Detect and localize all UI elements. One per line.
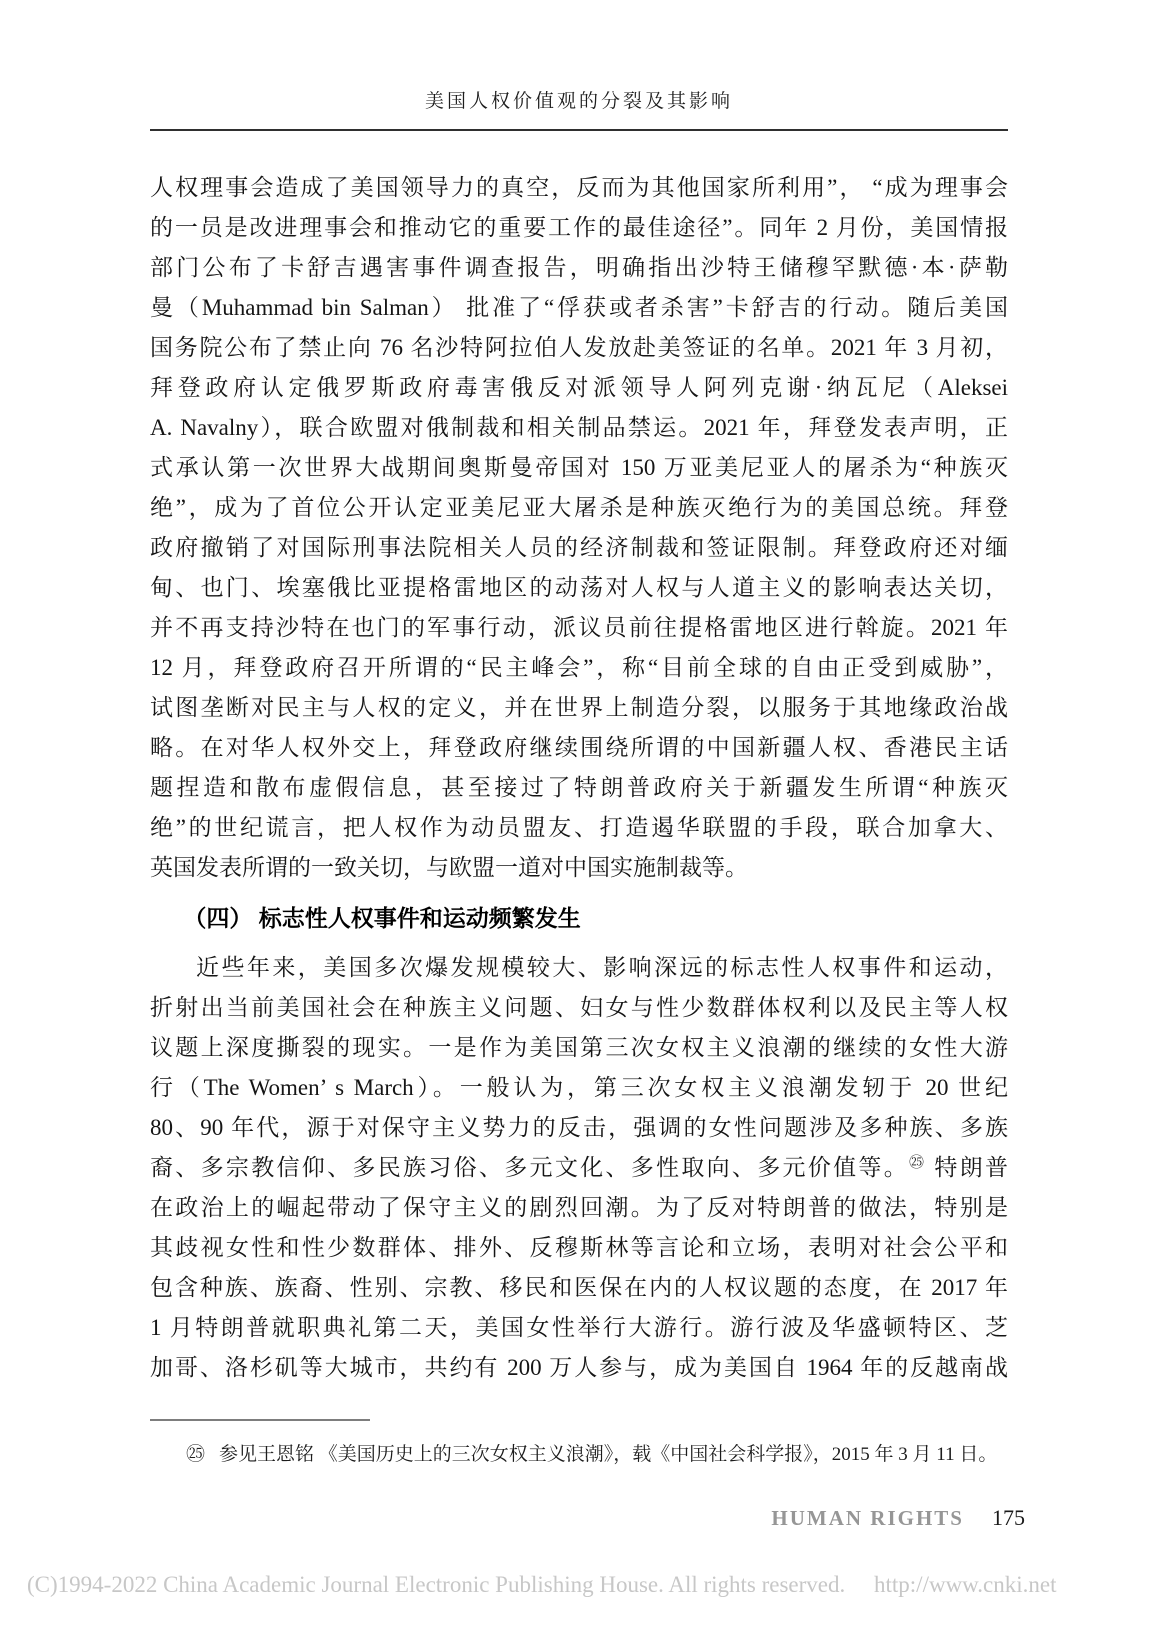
text-line: 绝”的世纪谎言，把人权作为动员盟友、打造遏华联盟的手段，联合加拿大、	[150, 808, 1008, 848]
text-line: 题捏造和散布虚假信息，甚至接过了特朗普政府关于新疆发生所谓“种族灭	[150, 768, 1008, 808]
page-number: 175	[992, 1505, 1025, 1530]
text-line: 的一员是改进理事会和推动它的重要工作的最佳途径”。同年 2 月份，美国情报	[150, 208, 1008, 248]
paragraph-2: 近些年来，美国多次爆发规模较大、影响深远的标志性人权事件和运动， 折射出当前美国…	[150, 948, 1008, 1388]
text-line: 行（The Women’ s March）。一般认为，第三次女权主义浪潮发轫于 …	[150, 1068, 1008, 1108]
header-rule	[150, 129, 1008, 131]
copyright-watermark: (C)1994-2022 China Academic Journal Elec…	[27, 1566, 1147, 1599]
page-footer: HUMAN RIGHTS175	[150, 1505, 1025, 1531]
text-line: 国务院公布了禁止向 76 名沙特阿拉伯人发放赴美签证的名单。2021 年 3 月…	[150, 328, 1008, 368]
text-line: 式承认第一次世界大战期间奥斯曼帝国对 150 万亚美尼亚人的屠杀为“种族灭	[150, 448, 1008, 488]
paragraph-1: 人权理事会造成了美国领导力的真空，反而为其他国家所利用”， “成为理事会 的一员…	[150, 168, 1008, 888]
text-line: 英国发表所谓的一致关切，与欧盟一道对中国实施制裁等。	[150, 848, 1008, 888]
article-body: 人权理事会造成了美国领导力的真空，反而为其他国家所利用”， “成为理事会 的一员…	[150, 168, 1008, 1388]
footnote-rule	[150, 1419, 370, 1421]
journal-name: HUMAN RIGHTS	[771, 1506, 964, 1530]
text-line: 部门公布了卡舒吉遇害事件调查报告，明确指出沙特王储穆罕默德·本·萨勒	[150, 248, 1008, 288]
text-line: 议题上深度撕裂的现实。一是作为美国第三次女权主义浪潮的继续的女性大游	[150, 1028, 1008, 1068]
footnote-ref-25: ㉕	[909, 1155, 926, 1171]
text-line: 其歧视女性和性少数群体、排外、反穆斯林等言论和立场，表明对社会公平和	[150, 1228, 1008, 1268]
text-line: 绝”，成为了首位公开认定亚美尼亚大屠杀是种族灭绝行为的美国总统。拜登	[150, 488, 1008, 528]
text-line: 1 月特朗普就职典礼第二天，美国女性举行大游行。游行波及华盛顿特区、芝	[150, 1308, 1008, 1348]
text-line: 曼（Muhammad bin Salman） 批准了“俘获或者杀害”卡舒吉的行动…	[150, 288, 1008, 328]
text-line: 试图垄断对民主与人权的定义，并在世界上制造分裂，以服务于其地缘政治战	[150, 688, 1008, 728]
text-line: 12 月，拜登政府召开所谓的“民主峰会”，称“目前全球的自由正受到威胁”，	[150, 648, 1008, 688]
text-line: 加哥、洛杉矶等大城市，共约有 200 万人参与，成为美国自 1964 年的反越南…	[150, 1348, 1008, 1388]
text-line: A. Navalny），联合欧盟对俄制裁和相关制品禁运。2021 年，拜登发表声…	[150, 408, 1008, 448]
running-head-title: 美国人权价值观的分裂及其影响	[150, 86, 1008, 113]
document-page: 美国人权价值观的分裂及其影响 人权理事会造成了美国领导力的真空，反而为其他国家所…	[0, 0, 1165, 1638]
text-line: 甸、也门、埃塞俄比亚提格雷地区的动荡对人权与人道主义的影响表达关切，	[150, 568, 1008, 608]
text-line: 政府撤销了对国际刑事法院相关人员的经济制裁和签证限制。拜登政府还对缅	[150, 528, 1008, 568]
text-line: 人权理事会造成了美国领导力的真空，反而为其他国家所利用”， “成为理事会	[150, 168, 1008, 208]
text-line: 拜登政府认定俄罗斯政府毒害俄反对派领导人阿列克谢·纳瓦尼（Aleksei	[150, 368, 1008, 408]
text-segment: 裔、多宗教信仰、多民族习俗、多元文化、多性取向、多元价值等。	[150, 1155, 909, 1180]
text-line: 在政治上的崛起带动了保守主义的剧烈回潮。为了反对特朗普的做法，特别是	[150, 1188, 1008, 1228]
text-line: 近些年来，美国多次爆发规模较大、影响深远的标志性人权事件和运动，	[150, 948, 1008, 988]
text-line: 折射出当前美国社会在种族主义问题、妇女与性少数群体权利以及民主等人权	[150, 988, 1008, 1028]
text-line: 包含种族、族裔、性别、宗教、移民和医保在内的人权议题的态度，在 2017 年	[150, 1268, 1008, 1308]
footnote-marker: ㉕	[186, 1441, 205, 1469]
text-line-with-footnote-ref: 裔、多宗教信仰、多民族习俗、多元文化、多性取向、多元价值等。㉕ 特朗普	[150, 1148, 1008, 1188]
section-heading: （四） 标志性人权事件和运动频繁发生	[150, 898, 1008, 938]
footnote-text: 参见王恩铭 《美国历史上的三次女权主义浪潮》，载《中国社会科学报》，2015 年…	[219, 1444, 997, 1465]
footnote: ㉕参见王恩铭 《美国历史上的三次女权主义浪潮》，载《中国社会科学报》，2015 …	[150, 1441, 1020, 1469]
text-segment: 特朗普	[926, 1155, 1008, 1180]
text-line: 80、90 年代，源于对保守主义势力的反击，强调的女性问题涉及多种族、多族	[150, 1108, 1008, 1148]
text-line: 略。在对华人权外交上，拜登政府继续围绕所谓的中国新疆人权、香港民主话	[150, 728, 1008, 768]
text-line: 并不再支持沙特在也门的军事行动，派议员前往提格雷地区进行斡旋。2021 年	[150, 608, 1008, 648]
